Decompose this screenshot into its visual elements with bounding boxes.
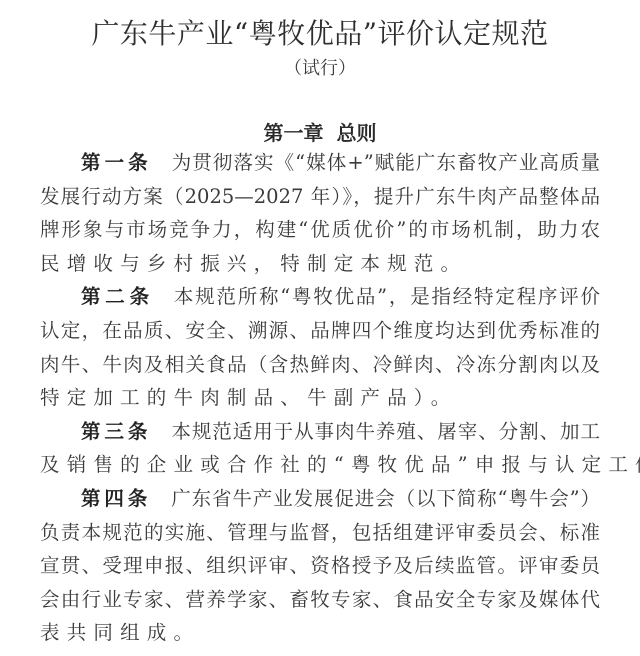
article-number: 第二条	[81, 285, 154, 308]
article-line: 民增收与乡村振兴，特制定本规范。	[40, 247, 600, 281]
chapter-heading: 第一章 总则	[0, 118, 640, 148]
article-3: 第三条本规范适用于从事肉牛养殖、屠宰、分割、加工 及销售的企业或合作社的“粤牧优…	[40, 415, 600, 482]
document-subtitle: （试行）	[0, 55, 640, 83]
article-line: 第二条本规范所称“粤牧优品”，是指经特定程序评价	[40, 280, 600, 314]
article-line: 第一条为贯彻落实《“媒体+”赋能广东畜牧产业高质量	[40, 146, 600, 180]
document-body: 第一条为贯彻落实《“媒体+”赋能广东畜牧产业高质量 发展行动方案（2025—20…	[40, 146, 600, 650]
document-title: 广东牛产业“粤牧优品”评价认定规范	[0, 14, 640, 54]
article-line: 特定加工的牛肉制品、牛副产品）。	[40, 381, 600, 415]
article-line: 负责本规范的实施、管理与监督，包括组建评审委员会、标准	[40, 516, 600, 550]
article-4: 第四条广东省牛产业发展促进会（以下简称“粤牛会”） 负责本规范的实施、管理与监督…	[40, 482, 600, 650]
article-line: 会由行业专家、营养学家、畜牧专家、食品安全专家及媒体代	[40, 583, 600, 617]
article-1: 第一条为贯彻落实《“媒体+”赋能广东畜牧产业高质量 发展行动方案（2025—20…	[40, 146, 600, 280]
article-text: 本规范所称“粤牧优品”，是指经特定程序评价	[174, 285, 600, 308]
article-line: 表共同组成。	[40, 616, 600, 650]
article-number: 第四条	[81, 487, 151, 510]
article-line: 认定，在品质、安全、溯源、品牌四个维度均达到优秀标准的	[40, 314, 600, 348]
article-number: 第三条	[81, 420, 151, 443]
article-number: 第一条	[81, 151, 152, 174]
article-text: 为贯彻落实《“媒体+”赋能广东畜牧产业高质量	[172, 151, 600, 174]
article-line: 肉牛、牛肉及相关食品（含热鲜肉、冷鲜肉、冷冻分割肉以及	[40, 348, 600, 382]
article-2: 第二条本规范所称“粤牧优品”，是指经特定程序评价 认定，在品质、安全、溯源、品牌…	[40, 280, 600, 414]
article-line: 第四条广东省牛产业发展促进会（以下简称“粤牛会”）	[40, 482, 600, 516]
article-line: 发展行动方案（2025—2027 年）》，提升广东牛肉产品整体品	[40, 180, 600, 214]
article-line: 及销售的企业或合作社的“粤牧优品”申报与认定工作。	[40, 448, 600, 482]
article-text: 广东省牛产业发展促进会（以下简称“粤牛会”）	[171, 487, 600, 510]
article-line: 宣贯、受理申报、组织评审、资格授予及后续监管。评审委员	[40, 549, 600, 583]
article-text: 本规范适用于从事肉牛养殖、屠宰、分割、加工	[171, 420, 600, 443]
article-line: 牌形象与市场竞争力，构建“优质优价”的市场机制，助力农	[40, 213, 600, 247]
article-line: 第三条本规范适用于从事肉牛养殖、屠宰、分割、加工	[40, 415, 600, 449]
